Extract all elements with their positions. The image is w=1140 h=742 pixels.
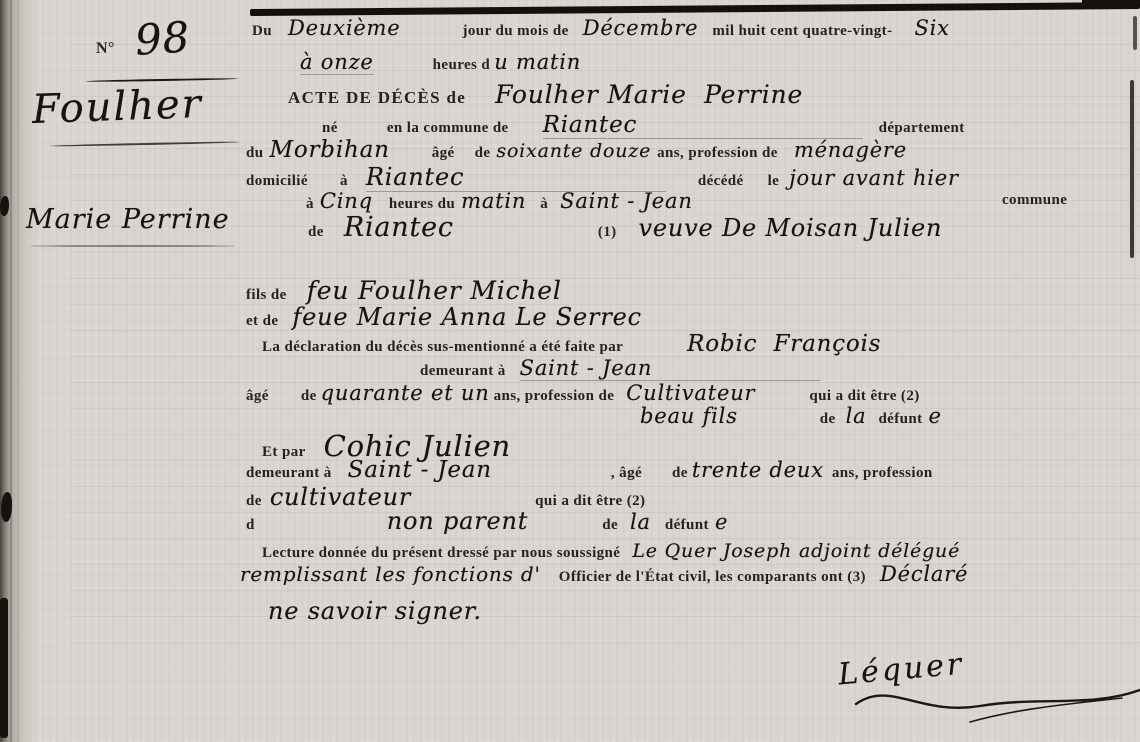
printed-de: de [475,145,491,162]
printed-ans-profession-2: ans, profession [832,465,933,482]
printed-du: Du [252,23,272,40]
hw-marital-status: veuve De Moisan Julien [639,214,943,242]
printed-age-2: , âgé [611,465,642,482]
printed-domicilie: domicilié [246,173,308,190]
printed-a: à [340,173,348,190]
line-closing-officier: remplissant les fonctions d' Officier de… [0,562,1140,594]
hw-declarant2-age: trente deux [692,458,824,482]
hw-birth-commune: Riantec [543,112,863,139]
line-record-time: à onze heures d u matin [0,50,1140,82]
printed-de-age-1: de [301,388,317,405]
printed-ans-profession-1: ans, profession de [494,388,615,405]
printed-departement: département [879,120,965,137]
hw-deceased-name: Foulher Marie Perrine [495,80,803,109]
printed-du-dept: du [246,145,264,162]
hw-declarant1-profession: Cultivateur [626,381,755,405]
printed-acte-de-deces: ACTE DE DÉCÈS de [288,88,466,108]
hw-age: soixante douze [496,140,651,162]
printed-renvoi-1: (1) [598,224,617,241]
printed-ans-profession: ans, profession de [657,145,778,162]
printed-heures: heures d [433,57,491,74]
printed-ne: né [322,120,338,137]
printed-qui-a-dit-1: qui a dit être (2) [809,388,919,405]
printed-de-age-2: de [672,465,688,482]
line-closing-signer: ne savoir signer. [0,597,1140,635]
hw-hour-of-act: à onze [300,50,374,75]
printed-decede: décédé [698,173,744,190]
line-act-title: ACTE DE DÉCÈS de Foulher Marie Perrine [0,80,1140,116]
signature-flourish [850,678,1140,728]
printed-en-la-commune: en la commune de [387,120,509,137]
hw-death-day: jour avant hier [789,166,959,190]
printed-defunt-2: défunt [665,517,709,534]
hw-profession: ménagère [794,138,907,162]
line-record-date: Du Deuxième jour du mois de Décembre mil… [0,16,1140,48]
hw-e-1: e [929,404,942,428]
hw-year: Six [914,16,949,40]
hw-declarant2-residence: Saint - Jean [348,457,492,483]
hw-father-name: feu Foulher Michel [307,276,562,305]
printed-declaration: La déclaration du décès sus-mentionné a … [262,339,623,356]
hw-declarant1-relation: beau fils [640,404,738,428]
printed-defunt-1: défunt [878,411,922,428]
printed-year-prefix: mil huit cent quatre-vingt- [712,23,892,40]
hw-du-matin: u matin [494,50,581,74]
hw-month: Décembre [583,16,699,40]
hw-domicile-commune: Riantec [366,163,666,192]
printed-demeurant-a-1: demeurant à [420,363,506,380]
top-border-corner [1082,0,1140,7]
hw-officer-name: Le Quer Joseph adjoint délégué [632,540,960,562]
printed-age: âgé [432,145,455,162]
printed-officier-etat-civil: Officier de l'État civil, les comparants… [559,569,866,586]
printed-fils-de: fils de [246,287,287,304]
hw-e-2: e [715,510,728,534]
printed-de-defunt-2: de [602,517,618,534]
hw-la-1: la [846,404,867,428]
hw-mother-name: feue Marie Anna Le Serrec [292,303,641,331]
printed-le: le [768,173,780,190]
printed-de-commune: de [308,224,324,241]
printed-demeurant-a-2: demeurant à [246,465,332,482]
hw-declarant1-name: Robic François [687,331,881,357]
hw-la-2: la [630,510,651,534]
hw-declarant2-relation: non parent [387,507,528,535]
printed-age-1: âgé [246,388,269,405]
hw-declarant1-age: quarante et un [321,381,490,405]
printed-jour-du-mois: jour du mois de [463,23,569,40]
printed-d: d [246,517,255,534]
printed-de-defunt-1: de [820,411,836,428]
hw-ne-savoir-signer: ne savoir signer. [268,597,482,625]
hw-death-commune: Riantec [344,212,454,243]
printed-commune: commune [1002,192,1067,209]
hw-day: Deuxième [288,16,401,40]
line-commune-status: de Riantec (1) veuve De Moisan Julien [0,212,1140,250]
line-witness2-relation: d non parent de la défunt e [0,507,1140,539]
hw-department: Morbihan [270,137,390,163]
hw-declare: Déclaré [880,562,968,586]
hw-declarant1-residence: Saint - Jean [520,356,820,381]
printed-lecture: Lecture donnée du présent dressé par nou… [262,545,620,562]
printed-et-de: et de [246,313,278,330]
hw-remplissant: remplissant les fonctions d' [240,562,541,586]
